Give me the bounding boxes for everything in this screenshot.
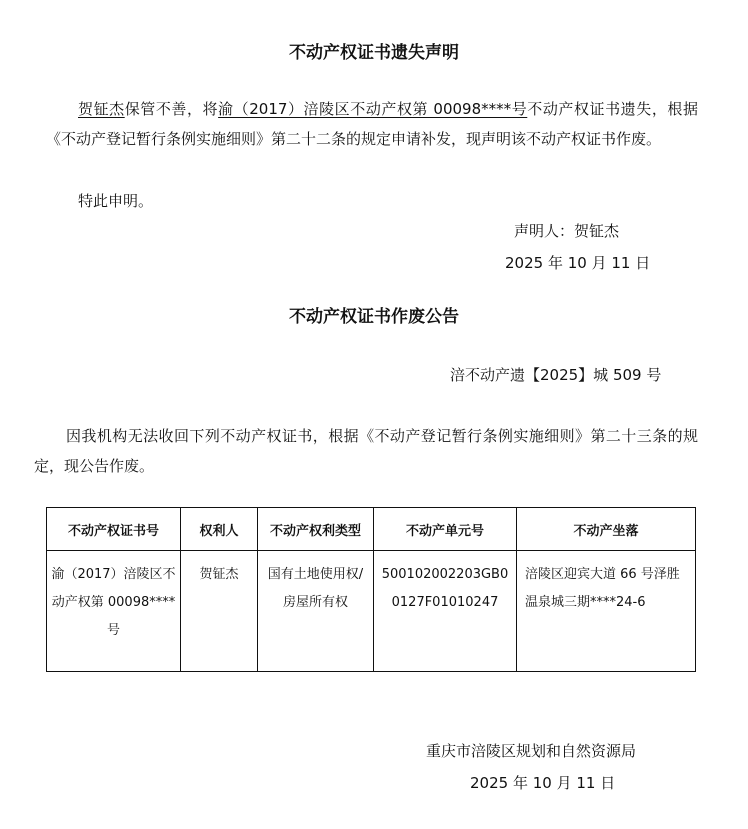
- cell-right-type: 国有土地使用权/房屋所有权: [258, 551, 374, 672]
- col-header-right-type: 不动产权利类型: [258, 508, 374, 551]
- col-header-holder: 权利人: [181, 508, 258, 551]
- cell-holder: 贺钲杰: [181, 551, 258, 672]
- declaration-closing: 特此申明。: [78, 190, 153, 211]
- announcement-date: 2025 年 10 月 11 日: [470, 772, 615, 793]
- announcement-title: 不动产权证书作废公告: [0, 302, 748, 327]
- col-header-location: 不动产坐落: [517, 508, 696, 551]
- announcement-body: 因我机构无法收回下列不动产权证书，根据《不动产登记暂行条例实施细则》第二十三条的…: [34, 421, 698, 481]
- announcement-doc-number: 涪不动产遗【2025】城 509 号: [450, 364, 661, 385]
- issuer-name: 重庆市涪陵区规划和自然资源局: [426, 740, 636, 761]
- certificate-number: 渝（2017）涪陵区不动产权第 00098****号: [218, 100, 527, 118]
- declaration-date: 2025 年 10 月 11 日: [505, 252, 650, 273]
- cell-location: 涪陵区迎宾大道 66 号泽胜温泉城三期****24-6: [517, 551, 696, 672]
- cell-unit-no: 500102002203GB00127F01010247: [374, 551, 517, 672]
- declaration-body: 贺钲杰保管不善，将渝（2017）涪陵区不动产权第 00098****号不动产权证…: [46, 94, 698, 154]
- table-row: 渝（2017）涪陵区不动产权第 00098****号 贺钲杰 国有土地使用权/房…: [47, 551, 696, 672]
- cell-cert-no: 渝（2017）涪陵区不动产权第 00098****号: [47, 551, 181, 672]
- col-header-cert-no: 不动产权证书号: [47, 508, 181, 551]
- declarant-name: 贺钲杰: [574, 222, 619, 240]
- certificate-table: 不动产权证书号 权利人 不动产权利类型 不动产单元号 不动产坐落 渝（2017）…: [46, 507, 696, 672]
- declarant-line: 声明人：贺钲杰: [514, 220, 619, 241]
- declaration-text-1: 保管不善，将: [125, 100, 218, 118]
- declarant-label: 声明人：: [514, 222, 574, 240]
- holder-name: 贺钲杰: [78, 100, 125, 118]
- col-header-unit-no: 不动产单元号: [374, 508, 517, 551]
- declaration-title: 不动产权证书遗失声明: [0, 38, 748, 63]
- table-header-row: 不动产权证书号 权利人 不动产权利类型 不动产单元号 不动产坐落: [47, 508, 696, 551]
